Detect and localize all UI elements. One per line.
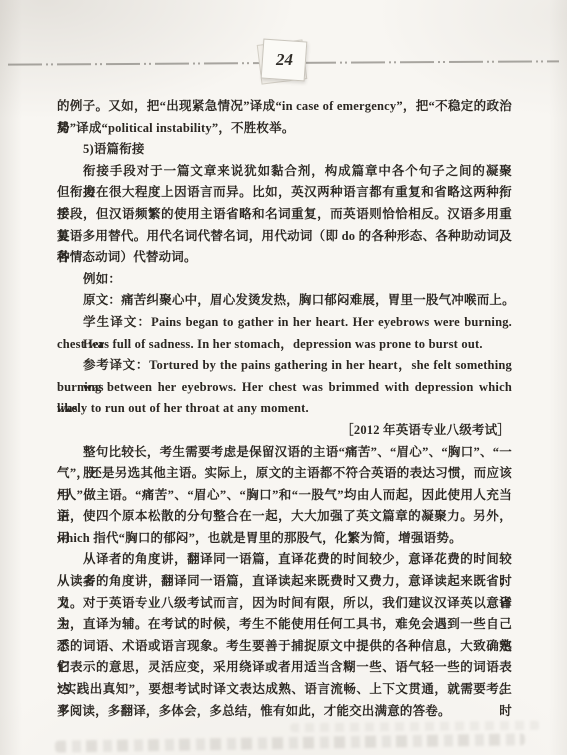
text-line: 手段，但汉语频繁的使用主语省略和名词重复，而英语则恰恰相反。汉语多用重复， <box>57 204 512 226</box>
text-line: “实践出真知”，要想考试时译文表达成熟、语言流畅、上下文贯通，就需要考生平时 <box>57 679 512 701</box>
text-line: 英语多用替代。用代名词代替名词，用代动词（即 do 的各种形态、各种助动词及各 <box>57 226 512 248</box>
page-number-badge: 24 <box>261 39 308 82</box>
text-line: 语，使四个原本松散的分句整合在一起，大大加强了英文篇章的凝聚力。另外，用 <box>57 506 512 528</box>
text-line: 多阅读，多翻译，多体会，多总结，惟有如此，才能交出满意的答卷。 <box>57 701 512 723</box>
reference-translation: likely to run out of her throat at any m… <box>57 398 512 420</box>
text-line: 从读者的角度讲，翻译同一语篇，直译读起来既费时又费力，意译读起来既省时又省 <box>57 571 512 593</box>
reference-translation: 参考译文：Tortured by the pains gathering in … <box>57 355 512 377</box>
text-line: 整句比较长，考生需要考虑是保留汉语的主语“痛苦”、“眉心”、“胸口”、“一股 <box>57 442 512 464</box>
text-line: 势”译成“political instability”，不胜枚举。 <box>57 118 512 140</box>
text-line: 种情态动词）代替动词。 <box>57 247 512 269</box>
reference-translation: burning between her eyebrows. Her chest … <box>57 377 512 399</box>
text-line: 气”，还是另选其他主语。实际上，原文的主语都不符合英语的表达习惯，而应该用 <box>57 463 512 485</box>
scanned-book-page: 24 的例子。又如，把“出现紧急情况”译成“in case of emergen… <box>0 0 567 755</box>
text-line: 悉的词语、术语或语言现象。考生要善于捕捉原文中提供的各种信息，大致确定它 <box>57 636 512 658</box>
bleedthrough-smudge <box>55 733 525 752</box>
text-line: 力。对于英语专业八级考试而言，因为时间有限，所以，我们建议汉译英以意译为 <box>57 593 512 615</box>
text-line: “人”做主语。“痛苦”、“眉心”、“胸口”和“一股气”均由人而起，因此使用人充当… <box>57 485 512 507</box>
text-line: 衔接手段对于一篇文章来说犹如黏合剂，构成篇章中各个句子之间的凝聚力， <box>57 161 512 183</box>
text-line: 的例子。又如，把“出现紧急情况”译成“in case of emergency”… <box>57 96 512 118</box>
section-heading: 5)语篇衔接 <box>57 139 512 161</box>
text-line: 主，直译为辅。在考试的时候，考生不能使用任何工具书，难免会遇到一些自己不熟 <box>57 614 512 636</box>
text-line: 们表示的意思，灵活应变，采用绕译或者用适当含糊一些、语气轻一些的词语表达。 <box>57 657 512 679</box>
bleedthrough-smudge <box>290 721 540 733</box>
text-line: 从译者的角度讲，翻译同一语篇，直译花费的时间较少，意译花费的时间较多； <box>57 549 512 571</box>
text-line: 但衔接在很大程度上因语言而异。比如，英汉两种语言都有重复和省略这两种衔接 <box>57 182 512 204</box>
example-label: 例如： <box>57 269 512 291</box>
text-line: which 指代“胸口的郁闷”，也就是胃里的那股气，化繁为简，增强语势。 <box>57 528 512 550</box>
body-text: 的例子。又如，把“出现紧急情况”译成“in case of emergency”… <box>57 96 512 722</box>
student-translation: chest was full of sadness. In her stomac… <box>57 334 512 356</box>
page-number: 24 <box>276 50 293 70</box>
exam-source: ［2012 年英语专业八级考试］ <box>57 420 512 442</box>
source-sentence: 原文：痛苦纠聚心中，眉心发烫发热，胸口郁闷难展，胃里一股气冲喉而上。 <box>57 290 512 312</box>
student-translation: 学生译文：Pains began to gather in her heart.… <box>57 312 512 334</box>
